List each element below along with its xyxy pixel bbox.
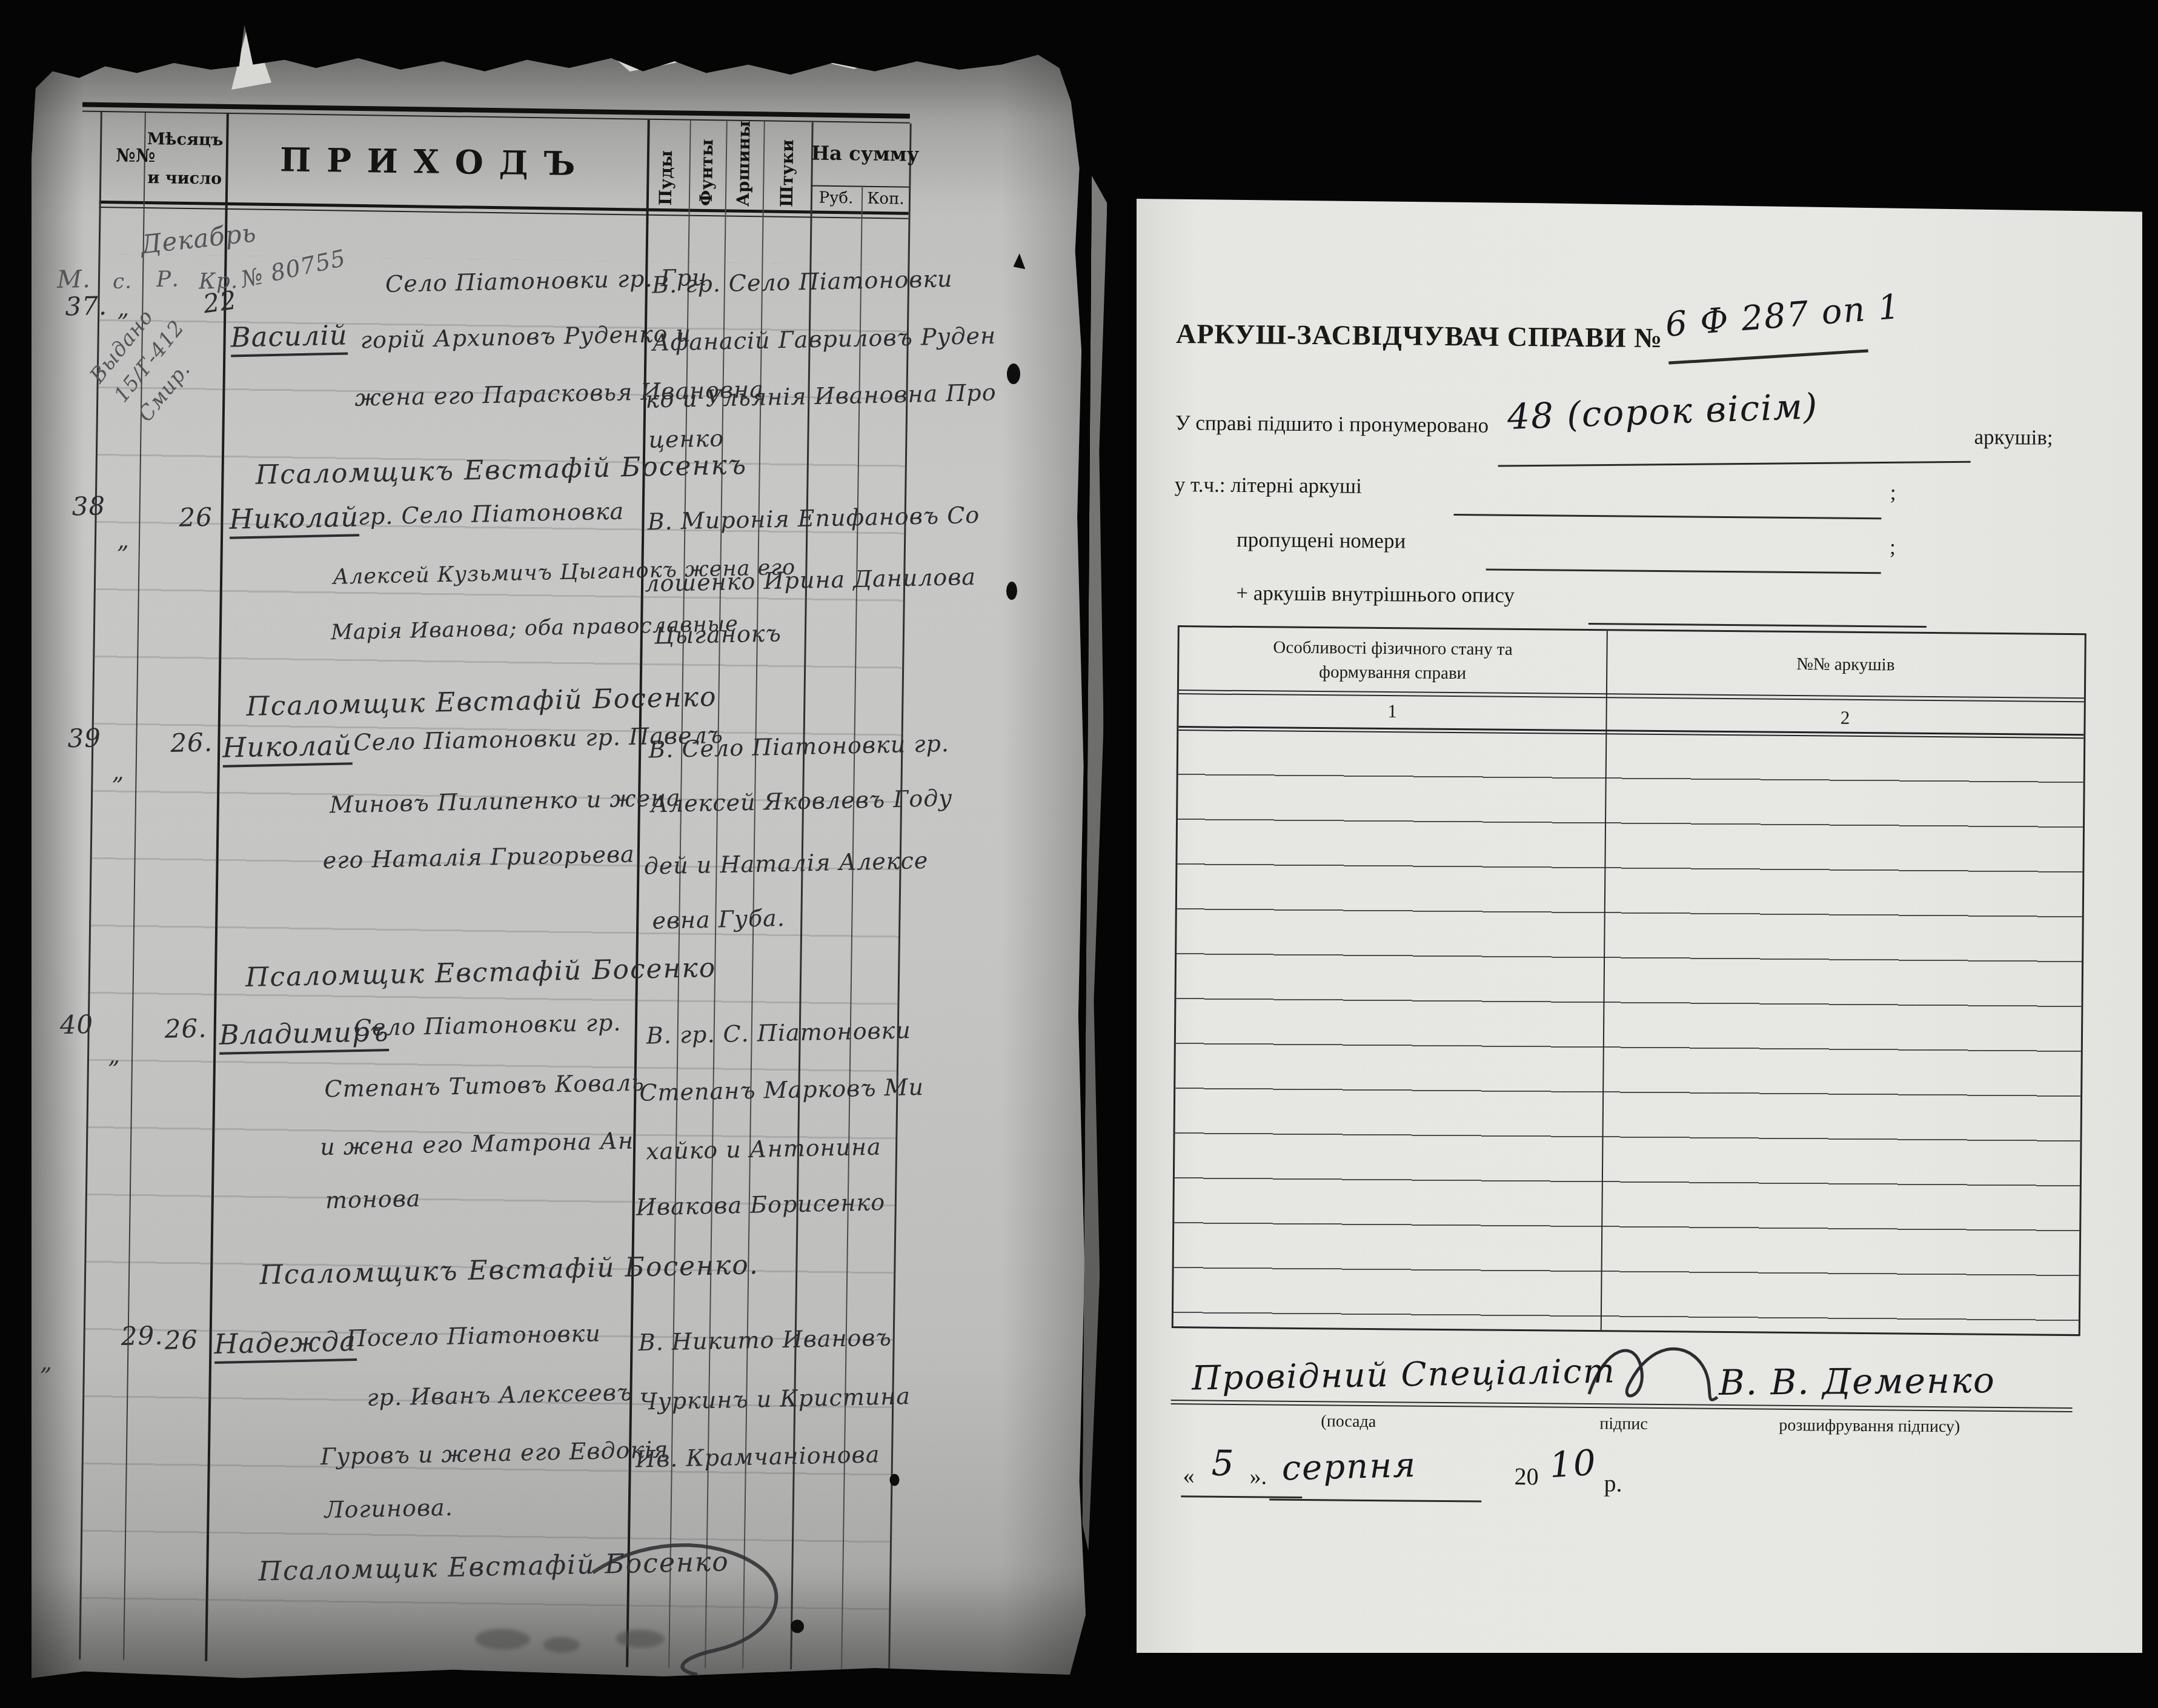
ditto-mark: „ xyxy=(40,1349,53,1375)
entry-date: 22 xyxy=(201,285,239,319)
ditto-mark: „ xyxy=(117,527,130,553)
sheet-item-suffix: ; xyxy=(1890,535,1896,559)
entry-text: В. гр. С. Піатоновки xyxy=(646,1017,911,1049)
date-year-suffix: р. xyxy=(1604,1469,1622,1497)
condition-table: Особливості фізичного стану та формуванн… xyxy=(1172,625,2087,1336)
register-table: №№ Мѣсяцъ и число ПРИХОДЪ Пуды Фунты Арш… xyxy=(10,10,1087,1688)
archive-scan: №№ Мѣсяцъ и число ПРИХОДЪ Пуды Фунты Арш… xyxy=(0,0,2158,1708)
sheet-line1-suffix: аркушів; xyxy=(1974,425,2053,450)
entry-text: гр. Иванъ Алексеевъ xyxy=(367,1379,633,1411)
column-header-rub: Руб. xyxy=(811,188,862,207)
table-col2-header: №№ аркушів xyxy=(1606,653,2085,677)
column-header-month2: и число xyxy=(144,168,225,188)
caption-signature: підпис xyxy=(1599,1414,1648,1434)
sheet-title: АРКУШ-ЗАСВІДЧУВАЧ СПРАВИ № xyxy=(1176,317,1663,354)
ink-mark xyxy=(1013,253,1025,269)
entry-name: Николай xyxy=(222,729,353,767)
entry-text: тонова xyxy=(325,1185,420,1214)
entry-text: Чуркинъ и Кристина xyxy=(639,1383,911,1415)
column-header-kop: Коп. xyxy=(863,190,909,208)
entry-name: Василій xyxy=(230,319,348,357)
entry-number: 39 xyxy=(67,723,101,753)
entry-text: Ив. Крамчаніонова xyxy=(636,1441,880,1472)
column-header-shtuki: Штуки xyxy=(777,133,798,207)
entry-date: 26 xyxy=(164,1325,198,1355)
table-col1-header2: формування справи xyxy=(1179,661,1606,685)
entry-text: евна Губа. xyxy=(652,905,785,934)
entry-name: Надежда xyxy=(214,1325,357,1364)
sum-split-rule xyxy=(811,185,909,187)
ink-blot xyxy=(1006,582,1017,600)
sheet-item-label: пропущені номери xyxy=(1237,528,1406,553)
column-header-sum: На сумму xyxy=(811,141,910,165)
entry-text: Цыганокъ xyxy=(654,620,782,649)
entry-text: Логинова. xyxy=(324,1494,453,1523)
entry-date: 26. xyxy=(164,1013,207,1043)
sheet-item-suffix: ; xyxy=(1890,480,1896,505)
torn-page-edge xyxy=(1082,176,1107,1551)
column-header-month: Мѣсяцъ xyxy=(144,130,226,150)
entry-text: В. Село Піатоновки гр. xyxy=(648,730,949,763)
entry-text: В. Никито Ивановъ xyxy=(638,1324,892,1356)
column-header-arshiny: Аршины xyxy=(733,133,754,207)
entry-text: гр. Село Піатоновка xyxy=(357,497,624,530)
entry-number: 40 xyxy=(59,1009,93,1040)
ditto-mark: „ xyxy=(111,758,125,785)
left-page-scan: №№ Мѣсяцъ и число ПРИХОДЪ Пуды Фунты Арш… xyxy=(32,18,1086,1681)
column-header-pudy: Пуды xyxy=(656,131,677,205)
caption-name: розшифрування підпису) xyxy=(1779,1416,1960,1437)
sheet-line1-label: У справі підшито і пронумеровано xyxy=(1175,411,1489,438)
column-header-funty: Фунты xyxy=(696,132,717,206)
certification-sheet: АРКУШ-ЗАСВІДЧУВАЧ СПРАВИ № 6 Ф 287 оп 1 … xyxy=(1137,199,2142,1653)
table-col1-number: 1 xyxy=(1178,699,1605,724)
table-col2-number: 2 xyxy=(1605,705,2084,731)
entry-text: Ивакова Борисенко xyxy=(636,1189,885,1221)
date-year-prefix: 20 xyxy=(1514,1462,1538,1490)
table-empty-rows xyxy=(1174,730,2084,1334)
date-year-handwritten: 10 xyxy=(1549,1442,1598,1486)
ditto-mark: „ xyxy=(108,1042,121,1068)
entry-text: Алексей Яковлевъ Году xyxy=(651,785,953,817)
sheet-line1-value-handwritten: 48 (сорок вісім) xyxy=(1507,385,1819,437)
margin-mark-s: с. xyxy=(113,269,133,294)
sheet-item-label: у т.ч.: літерні аркуші xyxy=(1175,473,1362,499)
sheet-item-underline xyxy=(1589,595,1927,628)
margin-mark-r: Р. xyxy=(156,267,180,292)
entry-date: 26. xyxy=(170,727,213,757)
clerk-signature-flourish xyxy=(585,1536,805,1678)
month-note: Декабрь xyxy=(139,218,258,259)
entry-name: Николай xyxy=(229,500,359,539)
entry-number: 29. xyxy=(121,1320,164,1351)
entry-text: Село Піатоновки гр. xyxy=(353,1009,621,1041)
entry-text: ценко xyxy=(648,425,725,453)
table-col1-header: Особливості фізичного стану та xyxy=(1179,637,1606,660)
sheet-item-label: + аркушів внутрішнього опису xyxy=(1236,581,1515,608)
ink-blot xyxy=(1007,364,1020,384)
sheet-line1-underline xyxy=(1498,432,1970,467)
margin-mark-m: М. xyxy=(57,265,91,294)
sheet-item-underline xyxy=(1453,486,1881,519)
entry-number: 38 xyxy=(71,491,105,521)
entry-date: 26 xyxy=(179,502,213,533)
caption-position: (посада xyxy=(1321,1412,1376,1432)
ink-blot xyxy=(889,1474,899,1486)
entry-text: Посело Піатоновки xyxy=(346,1320,601,1352)
torn-paper-shard xyxy=(800,38,891,69)
sheet-item-underline xyxy=(1486,541,1881,574)
entry-text: хайко и Антонина xyxy=(646,1133,882,1165)
entry-number: 37. xyxy=(65,291,108,321)
date-month-underline xyxy=(1269,1470,1481,1502)
pencil-smudge xyxy=(543,1637,579,1653)
column-header-prihod: ПРИХОДЪ xyxy=(258,140,613,184)
ditto-mark: „ xyxy=(117,294,130,321)
